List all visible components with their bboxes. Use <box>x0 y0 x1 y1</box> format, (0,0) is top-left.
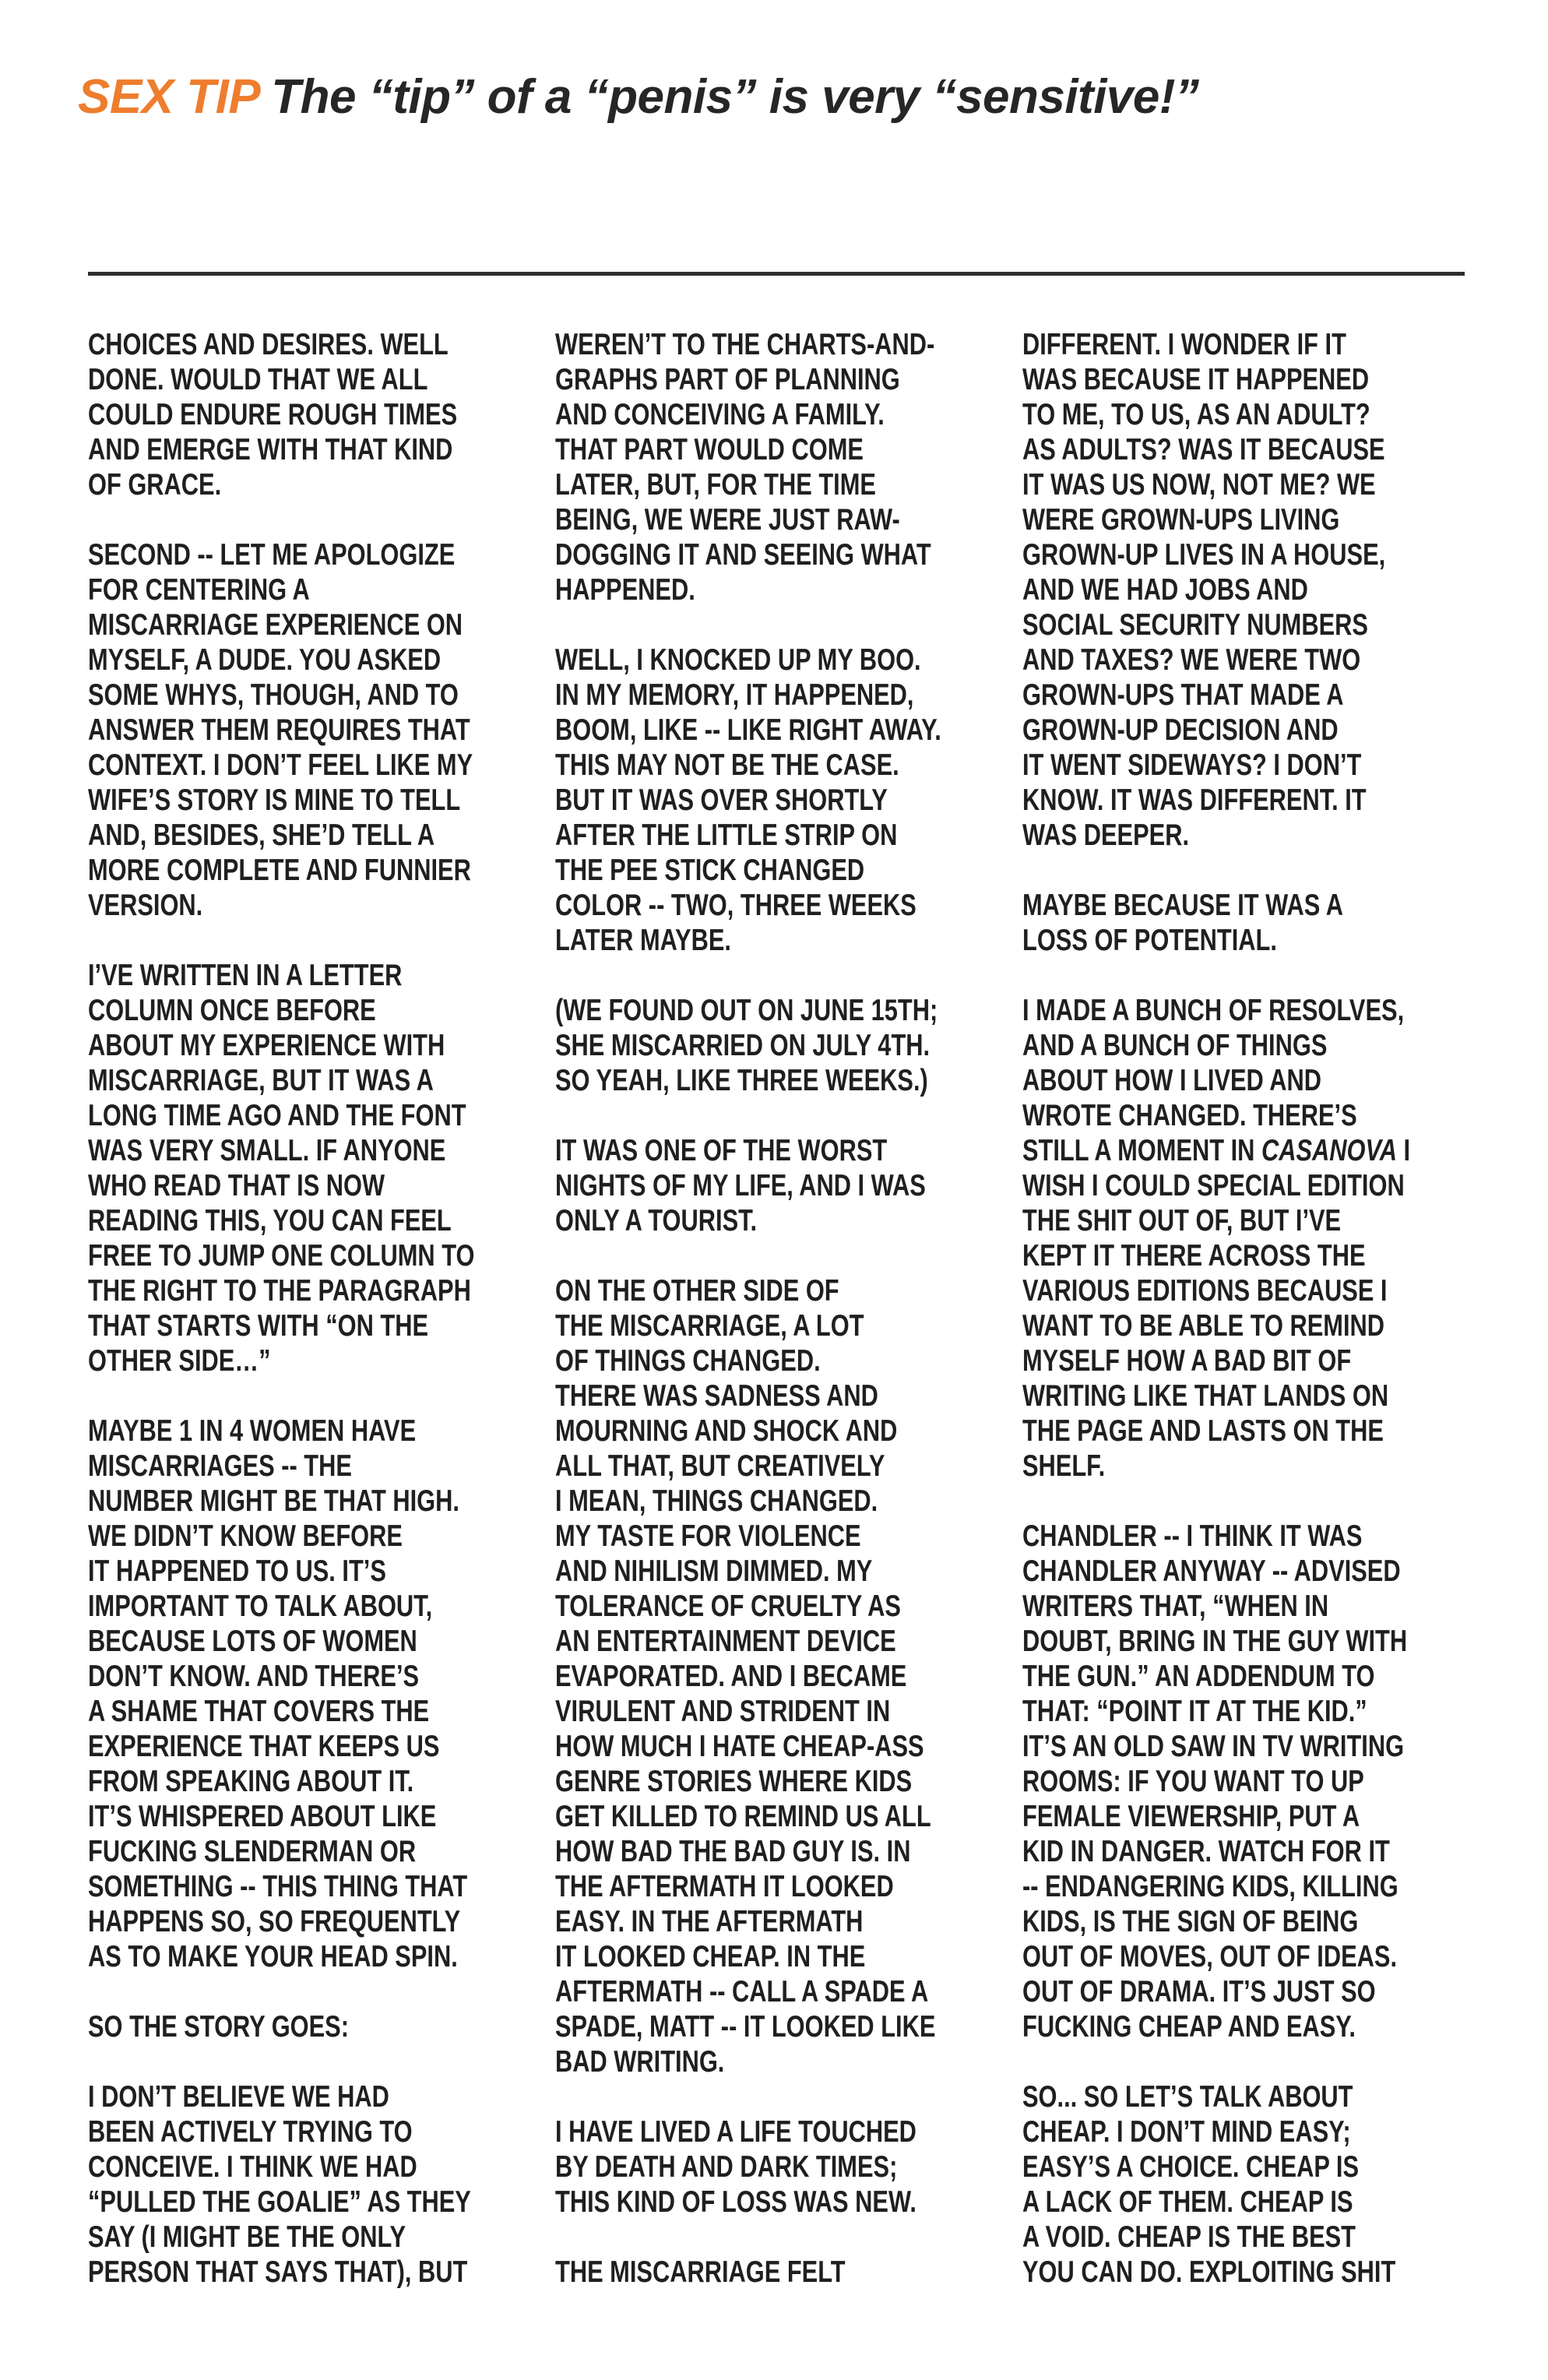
text-line: IT WENT SIDEWAYS? I DON’T <box>1022 748 1481 783</box>
text-line: THAT: “POINT IT AT THE KID.” <box>1022 1694 1481 1729</box>
article-column-3: DIFFERENT. I WONDER IF ITWAS BECAUSE IT … <box>1022 327 1481 2290</box>
text-line: KEPT IT THERE ACROSS THE <box>1022 1238 1481 1273</box>
text-line: MISCARRIAGES -- THE <box>88 1449 547 1484</box>
text-line: GROWN-UP DECISION AND <box>1022 713 1481 748</box>
text-line: IT WAS US NOW, NOT ME? WE <box>1022 467 1481 502</box>
paragraph: SO THE STORY GOES: <box>88 2009 547 2044</box>
text-line: ONLY A TOURIST. <box>555 1203 1014 1238</box>
article-column-2: WEREN’T TO THE CHARTS-AND-GRAPHS PART OF… <box>555 327 1014 2290</box>
paragraph: CHOICES AND DESIRES. WELLDONE. WOULD THA… <box>88 327 547 502</box>
text-line: MAYBE 1 IN 4 WOMEN HAVE <box>88 1414 547 1449</box>
text-line: AS ADULTS? WAS IT BECAUSE <box>1022 432 1481 467</box>
horizontal-divider <box>88 272 1465 276</box>
text-line: IN MY MEMORY, IT HAPPENED, <box>555 678 1014 713</box>
text-line: WEREN’T TO THE CHARTS-AND- <box>555 327 1014 362</box>
text-line: I MEAN, THINGS CHANGED. <box>555 1484 1014 1519</box>
text-line: DOGGING IT AND SEEING WHAT <box>555 537 1014 572</box>
text-line: CHANDLER ANYWAY -- ADVISED <box>1022 1554 1481 1589</box>
text-line: MYSELF, A DUDE. YOU ASKED <box>88 643 547 678</box>
text-line: SPADE, MATT -- IT LOOKED LIKE <box>555 2009 1014 2044</box>
text-line: BUT IT WAS OVER SHORTLY <box>555 783 1014 818</box>
text-line: IT LOOKED CHEAP. IN THE <box>555 1939 1014 1974</box>
text-line: AN ENTERTAINMENT DEVICE <box>555 1624 1014 1659</box>
text-line: AFTER THE LITTLE STRIP ON <box>555 818 1014 853</box>
text-line: AND WE HAD JOBS AND <box>1022 572 1481 607</box>
paragraph: ON THE OTHER SIDE OFTHE MISCARRIAGE, A L… <box>555 1273 1014 2079</box>
paragraph: I HAVE LIVED A LIFE TOUCHEDBY DEATH AND … <box>555 2114 1014 2220</box>
paragraph: SO... SO LET’S TALK ABOUTCHEAP. I DON’T … <box>1022 2079 1481 2290</box>
text-line: THERE WAS SADNESS AND <box>555 1378 1014 1414</box>
paragraph: IT WAS ONE OF THE WORSTNIGHTS OF MY LIFE… <box>555 1133 1014 1238</box>
text-line: VARIOUS EDITIONS BECAUSE I <box>1022 1273 1481 1308</box>
text-line: YOU CAN DO. EXPLOITING SHIT <box>1022 2255 1481 2290</box>
italic-title: CASANOVA <box>1261 1134 1397 1167</box>
text-line: WERE GROWN-UPS LIVING <box>1022 502 1481 537</box>
text-line: THAT STARTS WITH “ON THE <box>88 1308 547 1343</box>
page-header: SEX TIPThe “tip” of a “penis” is very “s… <box>78 72 1199 122</box>
text-line: GROWN-UP LIVES IN A HOUSE, <box>1022 537 1481 572</box>
text-line: EASY’S A CHOICE. CHEAP IS <box>1022 2149 1481 2185</box>
text-line: I’VE WRITTEN IN A LETTER <box>88 958 547 993</box>
text-line: WIFE’S STORY IS MINE TO TELL <box>88 783 547 818</box>
paragraph: I DON’T BELIEVE WE HADBEEN ACTIVELY TRYI… <box>88 2079 547 2290</box>
text-line: CHANDLER -- I THINK IT WAS <box>1022 1519 1481 1554</box>
paragraph: WEREN’T TO THE CHARTS-AND-GRAPHS PART OF… <box>555 327 1014 607</box>
text-line: (WE FOUND OUT ON JUNE 15TH; <box>555 993 1014 1028</box>
text-line: THE AFTERMATH IT LOOKED <box>555 1869 1014 1904</box>
text-line: COLOR -- TWO, THREE WEEKS <box>555 888 1014 923</box>
text-line: THE PAGE AND LASTS ON THE <box>1022 1414 1481 1449</box>
text-line: ON THE OTHER SIDE OF <box>555 1273 1014 1308</box>
text-line: I HAVE LIVED A LIFE TOUCHED <box>555 2114 1014 2149</box>
text-line: SO... SO LET’S TALK ABOUT <box>1022 2079 1481 2114</box>
text-line: SOCIAL SECURITY NUMBERS <box>1022 607 1481 643</box>
text-line: CHEAP. I DON’T MIND EASY; <box>1022 2114 1481 2149</box>
text-line: KIDS, IS THE SIGN OF BEING <box>1022 1904 1481 1939</box>
text-line: EVAPORATED. AND I BECAME <box>555 1659 1014 1694</box>
text-line: HOW MUCH I HATE CHEAP-ASS <box>555 1729 1014 1764</box>
text-line: SO THE STORY GOES: <box>88 2009 547 2044</box>
text-line: A LACK OF THEM. CHEAP IS <box>1022 2185 1481 2220</box>
text-line: CONCEIVE. I THINK WE HAD <box>88 2149 547 2185</box>
text-line: SHELF. <box>1022 1449 1481 1484</box>
text-line: WELL, I KNOCKED UP MY BOO. <box>555 643 1014 678</box>
text-line: ABOUT MY EXPERIENCE WITH <box>88 1028 547 1063</box>
text-line: BY DEATH AND DARK TIMES; <box>555 2149 1014 2185</box>
text-line: SO YEAH, LIKE THREE WEEKS.) <box>555 1063 1014 1098</box>
text-line: ABOUT HOW I LIVED AND <box>1022 1063 1481 1098</box>
text-line: NIGHTS OF MY LIFE, AND I WAS <box>555 1168 1014 1203</box>
paragraph: SECOND -- LET ME APOLOGIZEFOR CENTERING … <box>88 537 547 923</box>
text-line: MISCARRIAGE EXPERIENCE ON <box>88 607 547 643</box>
text-line: THE RIGHT TO THE PARAGRAPH <box>88 1273 547 1308</box>
text-line: BEEN ACTIVELY TRYING TO <box>88 2114 547 2149</box>
text-line: ANSWER THEM REQUIRES THAT <box>88 713 547 748</box>
text-line: OF GRACE. <box>88 467 547 502</box>
text-line: MYSELF HOW A BAD BIT OF <box>1022 1343 1481 1378</box>
text-line: THAT PART WOULD COME <box>555 432 1014 467</box>
text-line: OUT OF MOVES, OUT OF IDEAS. <box>1022 1939 1481 1974</box>
text-line: WAS BECAUSE IT HAPPENED <box>1022 362 1481 397</box>
text-line: THE MISCARRIAGE, A LOT <box>555 1308 1014 1343</box>
article-column-1: CHOICES AND DESIRES. WELLDONE. WOULD THA… <box>88 327 547 2290</box>
text-line: LATER, BUT, FOR THE TIME <box>555 467 1014 502</box>
text-line: SOMETHING -- THIS THING THAT <box>88 1869 547 1904</box>
text-line: FOR CENTERING A <box>88 572 547 607</box>
text-line: FUCKING CHEAP AND EASY. <box>1022 2009 1481 2044</box>
text-line: HOW BAD THE BAD GUY IS. IN <box>555 1834 1014 1869</box>
text-line: AND EMERGE WITH THAT KIND <box>88 432 547 467</box>
text-line: AND A BUNCH OF THINGS <box>1022 1028 1481 1063</box>
text-line: DON’T KNOW. AND THERE’S <box>88 1659 547 1694</box>
text-line: GENRE STORIES WHERE KIDS <box>555 1764 1014 1799</box>
sex-tip-label: SEX TIP <box>78 70 260 124</box>
text-line: IT’S AN OLD SAW IN TV WRITING <box>1022 1729 1481 1764</box>
text-line: HAPPENS SO, SO FREQUENTLY <box>88 1904 547 1939</box>
paragraph: (WE FOUND OUT ON JUNE 15TH;SHE MISCARRIE… <box>555 993 1014 1098</box>
text-line: IT WAS ONE OF THE WORST <box>555 1133 1014 1168</box>
text-line: COULD ENDURE ROUGH TIMES <box>88 397 547 432</box>
text-line: DONE. WOULD THAT WE ALL <box>88 362 547 397</box>
text-line: DOUBT, BRING IN THE GUY WITH <box>1022 1624 1481 1659</box>
text-line: KNOW. IT WAS DIFFERENT. IT <box>1022 783 1481 818</box>
text-line: BOOM, LIKE -- LIKE RIGHT AWAY. <box>555 713 1014 748</box>
paragraph: CHANDLER -- I THINK IT WASCHANDLER ANYWA… <box>1022 1519 1481 2044</box>
text-line: TO ME, TO US, AS AN ADULT? <box>1022 397 1481 432</box>
text-line: WRITERS THAT, “WHEN IN <box>1022 1589 1481 1624</box>
paragraph: THE MISCARRIAGE FELT <box>555 2255 1014 2290</box>
text-line: COLUMN ONCE BEFORE <box>88 993 547 1028</box>
text-line: MOURNING AND SHOCK AND <box>555 1414 1014 1449</box>
text-line: LOSS OF POTENTIAL. <box>1022 923 1481 958</box>
text-line: MORE COMPLETE AND FUNNIER <box>88 853 547 888</box>
text-line: MY TASTE FOR VIOLENCE <box>555 1519 1014 1554</box>
text-line: THIS KIND OF LOSS WAS NEW. <box>555 2185 1014 2220</box>
text-line: VIRULENT AND STRIDENT IN <box>555 1694 1014 1729</box>
text-line: THE SHIT OUT OF, BUT I’VE <box>1022 1203 1481 1238</box>
text-line: LONG TIME AGO AND THE FONT <box>88 1098 547 1133</box>
text-line: THE MISCARRIAGE FELT <box>555 2255 1014 2290</box>
text-line: OTHER SIDE…” <box>88 1343 547 1378</box>
text-line: FROM SPEAKING ABOUT IT. <box>88 1764 547 1799</box>
text-line: SHE MISCARRIED ON JULY 4TH. <box>555 1028 1014 1063</box>
text-line: KID IN DANGER. WATCH FOR IT <box>1022 1834 1481 1869</box>
text-line: WAS DEEPER. <box>1022 818 1481 853</box>
text-line: AND, BESIDES, SHE’D TELL A <box>88 818 547 853</box>
text-line: PERSON THAT SAYS THAT), BUT <box>88 2255 547 2290</box>
paragraph: DIFFERENT. I WONDER IF ITWAS BECAUSE IT … <box>1022 327 1481 853</box>
text-line: ALL THAT, BUT CREATIVELY <box>555 1449 1014 1484</box>
text-line: LATER MAYBE. <box>555 923 1014 958</box>
text-line: AND TAXES? WE WERE TWO <box>1022 643 1481 678</box>
text-line: WRITING LIKE THAT LANDS ON <box>1022 1378 1481 1414</box>
text-line: A SHAME THAT COVERS THE <box>88 1694 547 1729</box>
text-line: CONTEXT. I DON’T FEEL LIKE MY <box>88 748 547 783</box>
text-line: IT HAPPENED TO US. IT’S <box>88 1554 547 1589</box>
text-line: TOLERANCE OF CRUELTY AS <box>555 1589 1014 1624</box>
text-line: SOME WHYS, THOUGH, AND TO <box>88 678 547 713</box>
paragraph: I’VE WRITTEN IN A LETTERCOLUMN ONCE BEFO… <box>88 958 547 1378</box>
text-line: FEMALE VIEWERSHIP, PUT A <box>1022 1799 1481 1834</box>
text-line: BAD WRITING. <box>555 2044 1014 2079</box>
text-line: THE GUN.” AN ADDENDUM TO <box>1022 1659 1481 1694</box>
text-line: A VOID. CHEAP IS THE BEST <box>1022 2220 1481 2255</box>
text-line: STILL A MOMENT IN CASANOVA I <box>1022 1133 1481 1168</box>
text-line: SECOND -- LET ME APOLOGIZE <box>88 537 547 572</box>
text-line: THIS MAY NOT BE THE CASE. <box>555 748 1014 783</box>
text-line: MAYBE BECAUSE IT WAS A <box>1022 888 1481 923</box>
text-line: NUMBER MIGHT BE THAT HIGH. <box>88 1484 547 1519</box>
text-line: IT’S WHISPERED ABOUT LIKE <box>88 1799 547 1834</box>
text-line: I MADE A BUNCH OF RESOLVES, <box>1022 993 1481 1028</box>
text-line: OF THINGS CHANGED. <box>555 1343 1014 1378</box>
text-line: AS TO MAKE YOUR HEAD SPIN. <box>88 1939 547 1974</box>
text-line: THE PEE STICK CHANGED <box>555 853 1014 888</box>
text-line: -- ENDANGERING KIDS, KILLING <box>1022 1869 1481 1904</box>
text-line: AND CONCEIVING A FAMILY. <box>555 397 1014 432</box>
text-line: WAS VERY SMALL. IF ANYONE <box>88 1133 547 1168</box>
text-line: ROOMS: IF YOU WANT TO UP <box>1022 1764 1481 1799</box>
text-line: GROWN-UPS THAT MADE A <box>1022 678 1481 713</box>
paragraph: I MADE A BUNCH OF RESOLVES,AND A BUNCH O… <box>1022 993 1481 1484</box>
text-line: WE DIDN’T KNOW BEFORE <box>88 1519 547 1554</box>
text-line: CHOICES AND DESIRES. WELL <box>88 327 547 362</box>
text-line: HAPPENED. <box>555 572 1014 607</box>
text-line: DIFFERENT. I WONDER IF IT <box>1022 327 1481 362</box>
text-line: SAY (I MIGHT BE THE ONLY <box>88 2220 547 2255</box>
text-line: WROTE CHANGED. THERE’S <box>1022 1098 1481 1133</box>
text-line: WHO READ THAT IS NOW <box>88 1168 547 1203</box>
text-line: READING THIS, YOU CAN FEEL <box>88 1203 547 1238</box>
paragraph: WELL, I KNOCKED UP MY BOO.IN MY MEMORY, … <box>555 643 1014 958</box>
letter-column-page: SEX TIPThe “tip” of a “penis” is very “s… <box>0 0 1548 2380</box>
text-line: WANT TO BE ABLE TO REMIND <box>1022 1308 1481 1343</box>
text-line: OUT OF DRAMA. IT’S JUST SO <box>1022 1974 1481 2009</box>
text-line: I DON’T BELIEVE WE HAD <box>88 2079 547 2114</box>
header-tagline: The “tip” of a “penis” is very “sensitiv… <box>271 70 1198 124</box>
text-line: BECAUSE LOTS OF WOMEN <box>88 1624 547 1659</box>
paragraph: MAYBE 1 IN 4 WOMEN HAVEMISCARRIAGES -- T… <box>88 1414 547 1974</box>
text-line: AND NIHILISM DIMMED. MY <box>555 1554 1014 1589</box>
text-line: MISCARRIAGE, BUT IT WAS A <box>88 1063 547 1098</box>
text-line: VERSION. <box>88 888 547 923</box>
paragraph: MAYBE BECAUSE IT WAS ALOSS OF POTENTIAL. <box>1022 888 1481 958</box>
text-line: BEING, WE WERE JUST RAW- <box>555 502 1014 537</box>
text-line: FREE TO JUMP ONE COLUMN TO <box>88 1238 547 1273</box>
text-line: GET KILLED TO REMIND US ALL <box>555 1799 1014 1834</box>
text-line: EXPERIENCE THAT KEEPS US <box>88 1729 547 1764</box>
text-line: EASY. IN THE AFTERMATH <box>555 1904 1014 1939</box>
text-line: GRAPHS PART OF PLANNING <box>555 362 1014 397</box>
text-line: AFTERMATH -- CALL A SPADE A <box>555 1974 1014 2009</box>
text-line: IMPORTANT TO TALK ABOUT, <box>88 1589 547 1624</box>
text-line: FUCKING SLENDERMAN OR <box>88 1834 547 1869</box>
text-line: “PULLED THE GOALIE” AS THEY <box>88 2185 547 2220</box>
text-line: WISH I COULD SPECIAL EDITION <box>1022 1168 1481 1203</box>
